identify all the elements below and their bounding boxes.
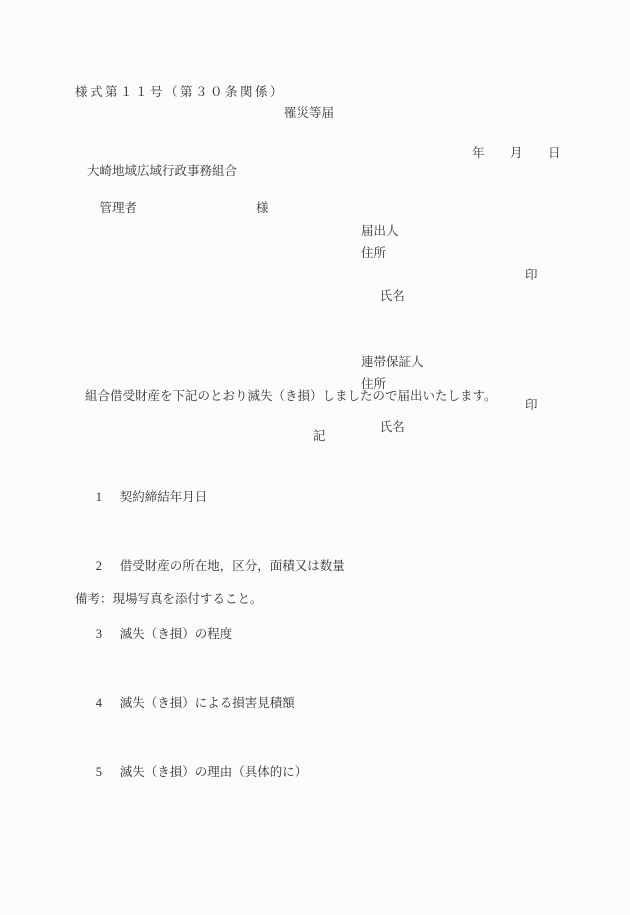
list-item-number: 5	[96, 761, 120, 784]
date-month-label: 月	[510, 146, 523, 160]
notifier-name-row: 氏名 印	[361, 265, 545, 352]
list-item-number: 1	[96, 486, 120, 509]
guarantor-label: 連帯保証人	[361, 352, 545, 374]
addressee-role-line: 管理者様	[87, 187, 269, 229]
list-item-number: 2	[96, 555, 120, 578]
addressee-role: 管理者	[100, 201, 138, 215]
guarantor-seal-label: 印	[525, 395, 538, 417]
list-item-number: 4	[96, 692, 120, 715]
list-item: 1契約締結年月日	[77, 463, 345, 532]
list-item-number: 3	[96, 623, 120, 646]
date-year-label: 年	[472, 146, 485, 160]
list-item-text: 契約締結年月日	[120, 490, 208, 504]
notifier-name-label: 氏名	[380, 289, 405, 303]
item-list: 1契約締結年月日 2借受財産の所在地，区分，面積又は数量 3滅失（き損）の程度 …	[77, 463, 345, 807]
document-title: 罹災等届	[284, 106, 334, 120]
ki-heading: 記	[313, 429, 326, 443]
list-item: 2借受財産の所在地，区分，面積又は数量	[77, 532, 345, 601]
remarks-note: 備考：現場写真を添付すること。	[75, 592, 263, 606]
form-number: 様式第１１号（第３０条関係）	[75, 85, 285, 99]
document-page: 様式第１１号（第３０条関係） 罹災等届 年 月 日 大崎地域広域行政事務組合 管…	[0, 0, 630, 915]
declarant-block: 届出人 住所 氏名 印 連帯保証人 住所 氏名 印	[361, 221, 545, 483]
list-item-text: 滅失（き損）の理由（具体的に）	[120, 765, 308, 779]
date-day-label: 日	[548, 146, 561, 160]
addressee-organization: 大崎地域広域行政事務組合	[87, 164, 237, 178]
list-item-text: 滅失（き損）による損害見積額	[120, 696, 295, 710]
list-item-text: 借受財産の所在地，区分，面積又は数量	[120, 559, 345, 573]
list-item-text: 滅失（き損）の程度	[120, 627, 233, 641]
guarantor-name-row: 氏名 印	[361, 395, 545, 482]
statement-text: 組合借受財産を下記のとおり滅失（き損）しましたので届出いたします。	[85, 389, 497, 403]
addressee-honorific: 様	[256, 201, 269, 215]
notifier-seal-label: 印	[525, 265, 538, 287]
notifier-label: 届出人	[361, 221, 545, 243]
list-item: 4滅失（き損）による損害見積額	[77, 669, 345, 738]
notifier-address-label: 住所	[361, 243, 545, 265]
date-line: 年 月 日	[472, 146, 561, 160]
list-item: 3滅失（き損）の程度	[77, 600, 345, 669]
guarantor-name-label: 氏名	[380, 420, 405, 434]
list-item: 5滅失（き損）の理由（具体的に）	[77, 738, 345, 807]
